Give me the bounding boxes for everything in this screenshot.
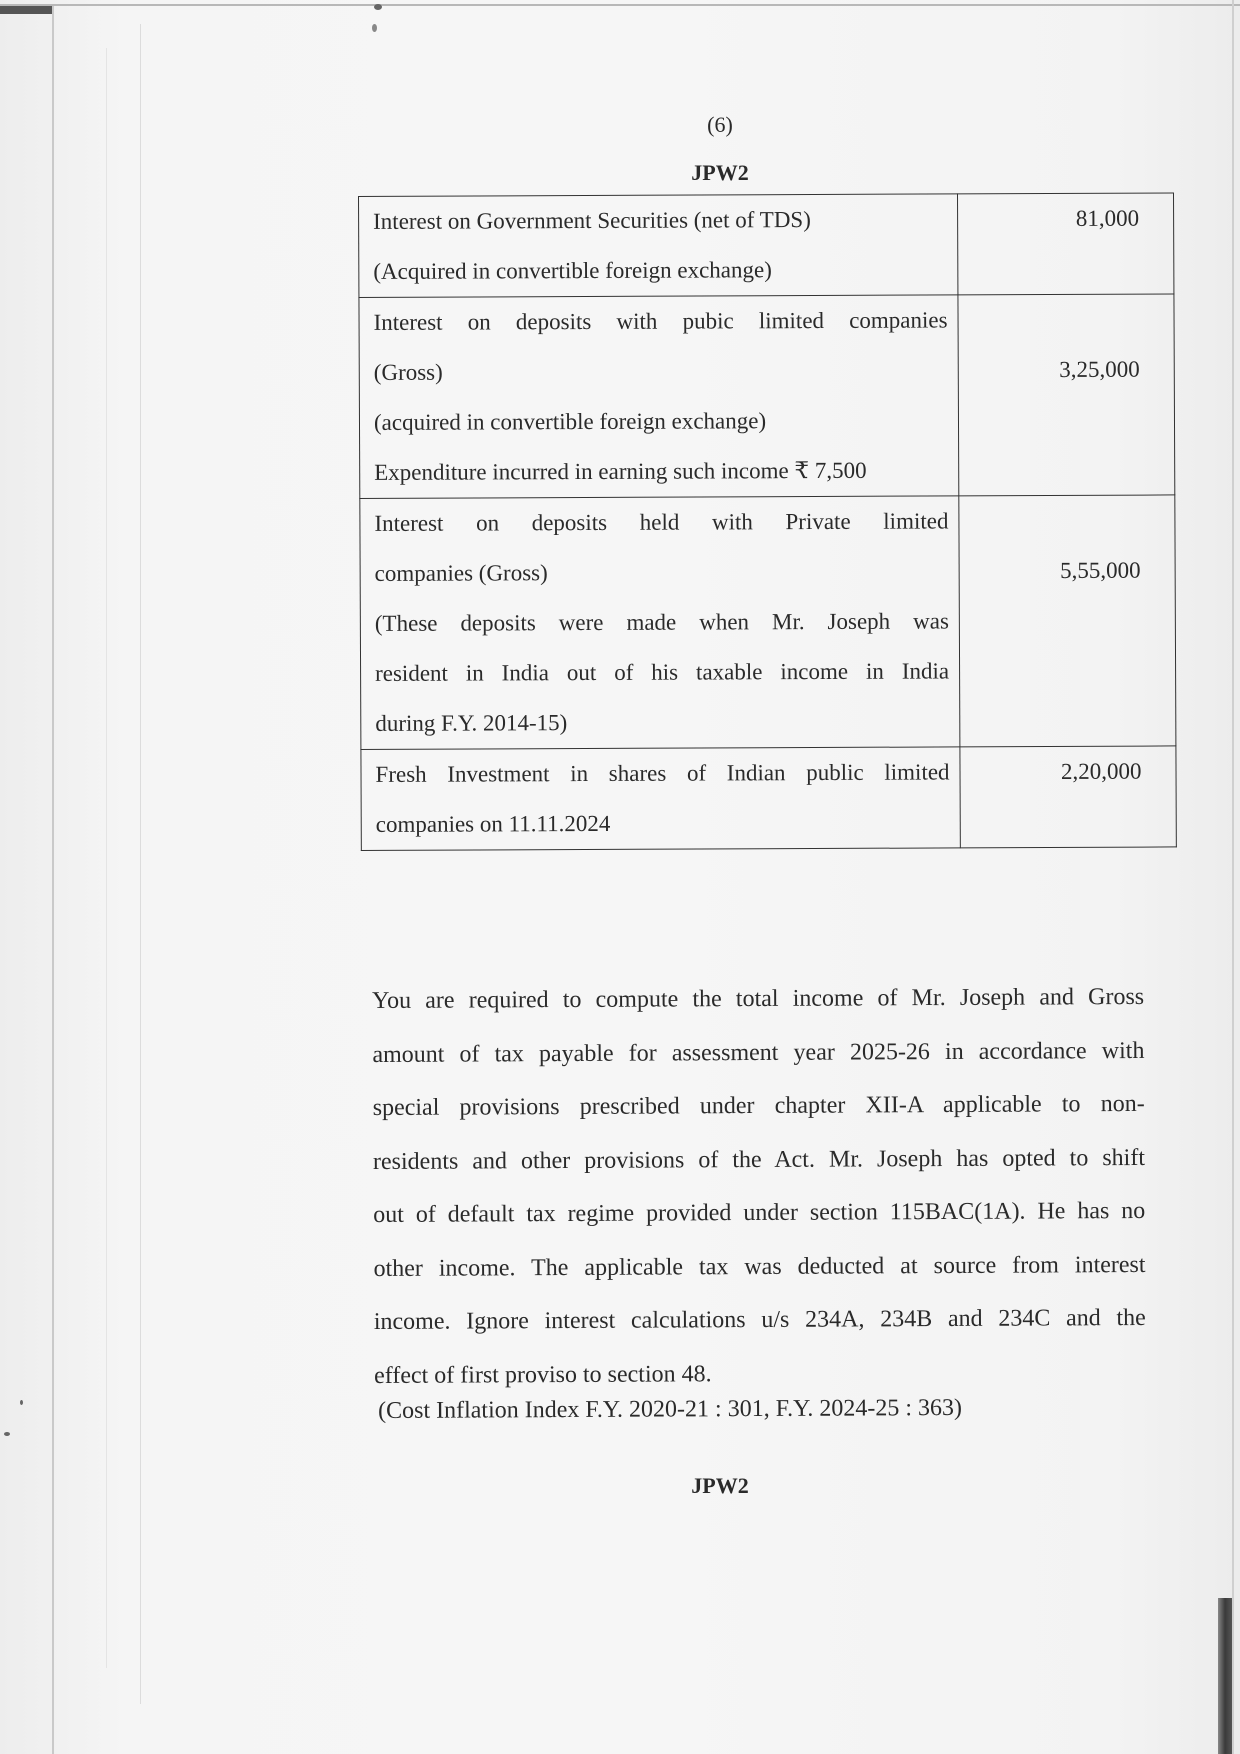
description-line: companies on 11.11.2024 (376, 797, 950, 850)
scan-artifact-line (106, 48, 107, 1668)
table-row: Interest on Government Securities (net o… (359, 193, 1174, 298)
paragraph-line: income. Ignore interest calculations u/s… (374, 1292, 1146, 1350)
amount-value: 5,55,000 (974, 546, 1141, 597)
income-description: Fresh Investment in shares of Indian pub… (361, 747, 960, 851)
amount-value: 3,25,000 (973, 345, 1140, 396)
paragraph-line: effect of first proviso to section 48. (374, 1345, 1146, 1403)
scan-speck (20, 1400, 23, 1405)
scan-binding-shadow (1218, 1598, 1232, 1754)
description-line: during F.Y. 2014-15) (375, 696, 949, 749)
scan-speck (374, 4, 382, 10)
paragraph-line: special provisions prescribed under chap… (373, 1078, 1145, 1136)
description-line: Fresh Investment in shares of Indian pub… (375, 747, 949, 800)
scan-top-edge (0, 4, 1240, 6)
income-amount: 3,25,000 (958, 294, 1175, 496)
description-line: Expenditure incurred in earning such inc… (374, 445, 948, 498)
page-number: (6) (0, 112, 1240, 138)
table-row: Interest on deposits held with Private l… (360, 495, 1176, 750)
income-amount: 2,20,000 (960, 746, 1176, 848)
paper-code-header: JPW2 (0, 160, 1240, 186)
paper-code-footer: JPW2 (0, 1473, 1240, 1499)
description-line: Interest on deposits held with Private l… (374, 496, 948, 549)
scan-dark-mark (0, 6, 54, 14)
amount-value: 2,20,000 (974, 747, 1141, 798)
description-line: companies (Gross) (375, 546, 949, 599)
income-amount: 5,55,000 (959, 495, 1176, 747)
scanned-page: (6) JPW2 Interest on Government Securiti… (0, 0, 1240, 1754)
description-line: resident in India out of his taxable inc… (375, 646, 949, 699)
scan-speck (4, 1432, 10, 1436)
paragraph-line: residents and other provisions of the Ac… (373, 1131, 1145, 1189)
description-line: (Acquired in convertible foreign exchang… (373, 244, 947, 297)
paragraph-line: other income. The applicable tax was ded… (373, 1238, 1145, 1296)
income-amount: 81,000 (957, 193, 1173, 295)
table-row: Fresh Investment in shares of Indian pub… (361, 746, 1176, 851)
amount-value: 81,000 (972, 194, 1139, 245)
income-description: Interest on deposits held with Private l… (360, 496, 960, 750)
income-description: Interest on deposits with pubic limited … (359, 295, 959, 499)
paragraph-line: out of default tax regime provided under… (373, 1185, 1145, 1243)
description-line: Interest on Government Securities (net o… (373, 194, 947, 247)
scan-speck (372, 24, 377, 32)
income-table: Interest on Government Securities (net o… (358, 192, 1177, 851)
description-line: (These deposits were made when Mr. Josep… (375, 596, 949, 649)
paragraph-line: amount of tax payable for assessment yea… (372, 1024, 1144, 1082)
description-line: (acquired in convertible foreign exchang… (374, 395, 948, 448)
scan-artifact-line (140, 24, 141, 1704)
cost-inflation-index-note: (Cost Inflation Index F.Y. 2020-21 : 301… (378, 1395, 962, 1425)
table-row: Interest on deposits with pubic limited … (359, 294, 1175, 499)
description-line: (Gross) (374, 345, 948, 398)
income-description: Interest on Government Securities (net o… (359, 194, 958, 298)
description-line: Interest on deposits with pubic limited … (373, 295, 947, 348)
question-instructions: You are required to compute the total in… (372, 971, 1146, 1403)
paragraph-line: You are required to compute the total in… (372, 971, 1144, 1029)
